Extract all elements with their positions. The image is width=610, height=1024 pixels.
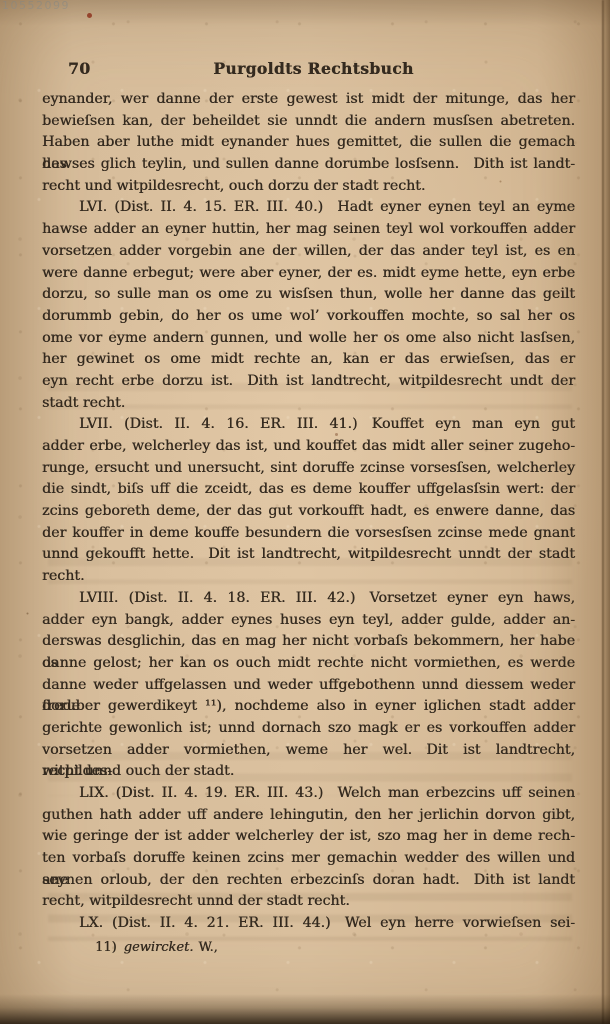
- text-line: unnd gekoufft hette. Dit ist landtrecht,…: [42, 544, 575, 566]
- text-line: recht.: [42, 566, 575, 588]
- text-line: guthen hath adder uff andere lehingutin,…: [42, 805, 575, 827]
- text-line: danne weder uffgelassen und weder uffgeb…: [42, 675, 575, 697]
- text-line: dorzu, so sulle man os ome zu wisſsen th…: [42, 284, 575, 306]
- body-text: eynander, wer danne der erste gewest ist…: [42, 89, 575, 935]
- text-line: doruber gewerdikeyt ¹¹), nochdeme also i…: [42, 696, 575, 718]
- paragraph: LVII. (Dist. II. 4. 16. ER. III. 41.) Ko…: [42, 414, 575, 588]
- text-line: runge, ersucht und unersucht, sint doruf…: [42, 458, 575, 480]
- text-line: bewieſsen kan, der beheildet sie unndt d…: [42, 111, 575, 133]
- text-line: ome vor eyme andern gunnen, und wolle he…: [42, 328, 575, 350]
- footnote: 11)gewircket.W.,: [95, 940, 218, 955]
- paragraph: LX. (Dist. II. 4. 21. ER. III. 44.) Wel …: [42, 913, 575, 935]
- bottom-shadow: [0, 994, 610, 1024]
- paragraph: LIX. (Dist. II. 4. 19. ER. III. 43.) Wel…: [42, 783, 575, 913]
- text-line: adder erbe, welcherley das ist, und kouf…: [42, 436, 575, 458]
- text-line: LVII. (Dist. II. 4. 16. ER. III. 41.) Ko…: [42, 414, 575, 436]
- text-line: LVIII. (Dist. II. 4. 18. ER. III. 42.) V…: [42, 588, 575, 610]
- page-header: 70 Purgoldts Rechtsbuch: [42, 59, 575, 79]
- text-line: derswas desglichin, das en mag her nicht…: [42, 631, 575, 653]
- page-right-edge: [604, 0, 610, 1024]
- text-line: hawses glich teylin, und sullen danne do…: [42, 154, 575, 176]
- footnote-source: W.,: [198, 940, 217, 955]
- text-line: LVI. (Dist. II. 4. 15. ER. III. 40.) Had…: [42, 197, 575, 219]
- text-line: recht und witpildesrecht, ouch dorzu der…: [42, 176, 575, 198]
- page-number: 70: [68, 59, 91, 78]
- text-line: gerichte gewonlich ist; unnd dornach szo…: [42, 718, 575, 740]
- text-line: eynander, wer danne der erste gewest ist…: [42, 89, 575, 111]
- foxing-speck: [87, 13, 92, 18]
- text-line: dorummb gebin, do her os ume wol’ vorkou…: [42, 306, 575, 328]
- scan-watermark-number: 10552099: [2, 0, 70, 12]
- text-line: were danne erbegut; were aber eyner, der…: [42, 263, 575, 285]
- footnote-word: gewircket.: [124, 940, 194, 955]
- text-line: ten vorbaſs doruffe keinen zcins mer gem…: [42, 848, 575, 870]
- text-line: recht, witpildesrecht unnd der stadt rec…: [42, 891, 575, 913]
- text-line: der kouffer in deme kouffe besundern die…: [42, 523, 575, 545]
- text-line: adder eyn bangk, adder eynes huses eyn t…: [42, 610, 575, 632]
- text-line: eyn recht erbe dorzu ist. Dith ist landt…: [42, 371, 575, 393]
- text-line: vorsetzen adder vorgebin ane der willen,…: [42, 241, 575, 263]
- paragraph: eynander, wer danne der erste gewest ist…: [42, 89, 575, 197]
- text-line: hawse adder an eyner huttin, her mag sei…: [42, 219, 575, 241]
- running-title: Purgoldts Rechtsbuch: [42, 59, 575, 78]
- text-line: Haben aber luthe midt eynander hues gemi…: [42, 132, 575, 154]
- text-line: recht unnd ouch der stadt.: [42, 761, 575, 783]
- paragraph: LVIII. (Dist. II. 4. 18. ER. III. 42.) V…: [42, 588, 575, 783]
- text-line: her gewinet os ome midt rechte an, kan e…: [42, 349, 575, 371]
- paragraph: LVI. (Dist. II. 4. 15. ER. III. 40.) Had…: [42, 197, 575, 414]
- text-line: stadt recht.: [42, 393, 575, 415]
- text-line: wie geringe der ist adder welcherley der…: [42, 826, 575, 848]
- text-line: vorsetzen adder vormiethen, weme her wel…: [42, 740, 575, 762]
- text-line: die sindt, biſs uff die zceidt, das es d…: [42, 479, 575, 501]
- text-line: danne gelost; her kan os ouch midt recht…: [42, 653, 575, 675]
- text-line: seynen orloub, der den rechten erbezcinſ…: [42, 870, 575, 892]
- text-line: zcins geboreth deme, der das gut vorkouf…: [42, 501, 575, 523]
- footnote-marker: 11): [95, 940, 117, 955]
- text-line: LIX. (Dist. II. 4. 19. ER. III. 43.) Wel…: [42, 783, 575, 805]
- book-page-photo: 10552099 70 Purgoldts Rechtsbuch eynande…: [0, 0, 610, 1024]
- page-edge-line: [602, 0, 604, 1024]
- text-line: LX. (Dist. II. 4. 21. ER. III. 44.) Wel …: [42, 913, 575, 935]
